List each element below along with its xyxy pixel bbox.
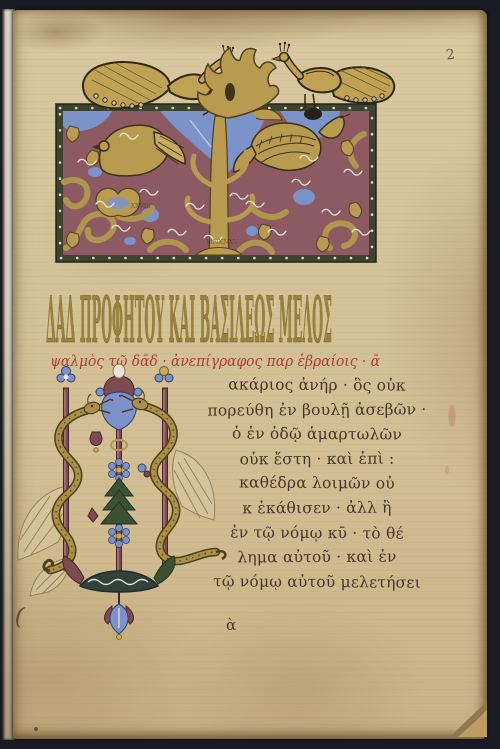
manuscript-photo: XXVIII MNXNXV: [0, 0, 500, 749]
text-line: πορεύθη ἐν βουλῇ ἀσεβῶν ·: [196, 397, 438, 423]
text-line: οὐκ ἔστη · καὶ ἐπὶ :: [196, 446, 438, 472]
text-line: ὁ ἐν ὁδῷ ἁμαρτωλῶν: [196, 421, 438, 447]
text-line: κ ἐκάθισεν · ἀλλ ἢ: [196, 495, 438, 521]
text-line: καθέδρα λοιμῶν οὐ: [196, 471, 438, 497]
text-line: ἐν τῷ νόμῳ κῡ · τὸ θέ: [196, 520, 438, 546]
text-line: λημα αὐτοῦ · καὶ ἐν: [196, 545, 438, 571]
psalm-text-block: ακάριος ἀνήρ · ὃς οὐκ πορεύθη ἐν βουλῇ ἀ…: [196, 373, 438, 594]
quire-mark: ὰ: [226, 616, 236, 634]
text-line: ακάριος ἀνήρ · ὃς οὐκ: [196, 372, 438, 398]
text-line: τῷ νόμῳ αὐτοῦ μελετήσει: [196, 569, 438, 595]
